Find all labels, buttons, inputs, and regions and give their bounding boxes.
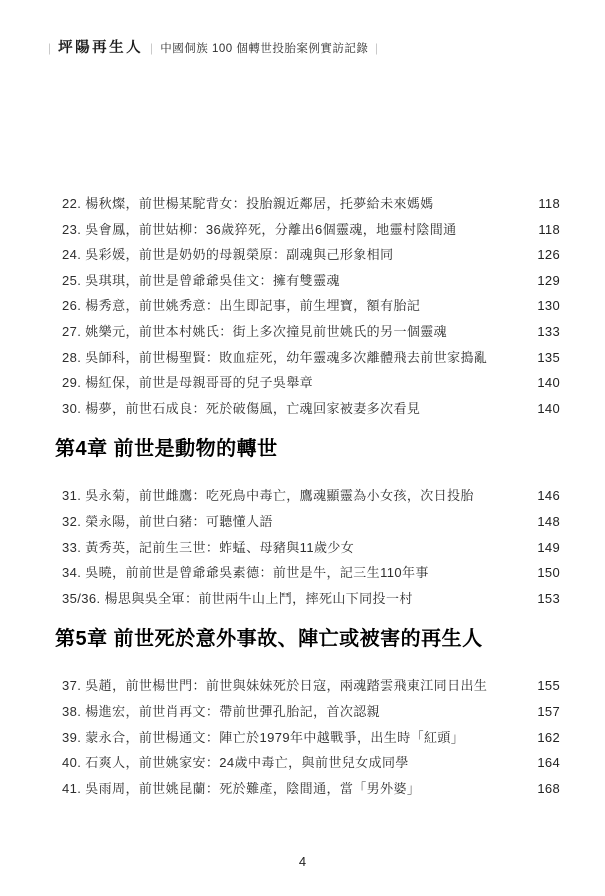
toc-entry-page: 148 xyxy=(537,509,560,535)
toc-entry: 25.吳琪琪，前世是曾爺爺吳佳文：擁有雙靈魂129 xyxy=(0,268,605,294)
toc-entry-title: 吳趙，前世楊世門：前世與妹妹死於日寇，兩魂踏雲飛東江同日出生 xyxy=(85,673,525,699)
toc-entry-page: 157 xyxy=(537,699,560,725)
running-head: | 坪陽再生人 | 中國侗族 100 個轉世投胎案例實訪記錄 | xyxy=(48,36,378,57)
toc-entry: 34.吳曉，前前世是曾爺爺吳素德：前世是牛，記三生110年事150 xyxy=(0,560,605,586)
toc-entry-title: 黃秀英，記前生三世：蚱蜢、母豬與11歲少女 xyxy=(85,535,525,561)
toc-entry-title: 吳彩媛，前世是奶奶的母親榮原：副魂與己形象相同 xyxy=(85,242,525,268)
toc-entry-title: 吳曉，前前世是曾爺爺吳素德：前世是牛，記三生110年事 xyxy=(85,560,525,586)
toc-entry-number: 35/36. xyxy=(62,586,101,612)
toc-entry: 22.楊秋燦，前世楊某駝背女：投胎親近鄰居，托夢給未來媽媽118 xyxy=(0,191,605,217)
toc-entry-page: 168 xyxy=(537,776,560,802)
toc-entry-number: 40. xyxy=(62,750,81,776)
toc-entry-number: 29. xyxy=(62,370,81,396)
toc-entry-page: 135 xyxy=(537,345,560,371)
toc-entry: 37.吳趙，前世楊世門：前世與妹妹死於日寇，兩魂踏雲飛東江同日出生155 xyxy=(0,673,605,699)
toc-entry: 32.榮永陽，前世白豬：可聽懂人語148 xyxy=(0,509,605,535)
toc-entry-number: 25. xyxy=(62,268,81,294)
toc-entry-number: 27. xyxy=(62,319,81,345)
toc-entry-page: 130 xyxy=(537,293,560,319)
toc-entry-page: 118 xyxy=(538,191,560,217)
toc-entry-page: 155 xyxy=(537,673,560,699)
toc-entry-number: 22. xyxy=(62,191,81,217)
book-title: 坪陽再生人 xyxy=(58,36,143,57)
toc-entry-title: 榮永陽，前世白豬：可聽懂人語 xyxy=(85,509,525,535)
toc-entry-page: 164 xyxy=(537,750,560,776)
toc-entry-title: 石爽人，前世姚家安：24歲中毒亡，與前世兒女成同學 xyxy=(85,750,525,776)
separator-bar: | xyxy=(49,41,51,55)
toc-entry-title: 楊秋燦，前世楊某駝背女：投胎親近鄰居，托夢給未來媽媽 xyxy=(85,191,526,217)
toc-entry-number: 28. xyxy=(62,345,81,371)
toc-entry: 26.楊秀意，前世姚秀意：出生即記事，前生埋寶，額有胎記130 xyxy=(0,293,605,319)
toc-entry-page: 140 xyxy=(537,396,560,422)
toc-entry-title: 楊紅保，前世是母親哥哥的兒子吳舉章 xyxy=(85,370,525,396)
separator-bar: | xyxy=(376,41,378,55)
toc-entry-title: 吳琪琪，前世是曾爺爺吳佳文：擁有雙靈魂 xyxy=(85,268,525,294)
toc-entry-page: 149 xyxy=(537,535,560,561)
toc-entry-number: 31. xyxy=(62,483,81,509)
toc-entry: 29.楊紅保，前世是母親哥哥的兒子吳舉章140 xyxy=(0,370,605,396)
toc-entry-number: 34. xyxy=(62,560,81,586)
toc-entry-number: 30. xyxy=(62,396,81,422)
toc-entry: 33.黃秀英，記前生三世：蚱蜢、母豬與11歲少女149 xyxy=(0,535,605,561)
toc-entry: 28.吳師科，前世楊聖賢：敗血症死，幼年靈魂多次離體飛去前世家搗亂135 xyxy=(0,345,605,371)
toc-entry-title: 吳會鳳，前世姑柳：36歲猝死，分離出6個靈魂，地靈村陰間通 xyxy=(85,217,526,243)
toc-entry-page: 146 xyxy=(537,483,560,509)
toc-entry-title: 蒙永合，前世楊通文：陣亡於1979年中越戰爭，出生時「紅頭」 xyxy=(85,725,525,751)
toc-entry-page: 118 xyxy=(538,217,560,243)
toc-entry-page: 150 xyxy=(537,560,560,586)
toc-entry: 31.吳永菊，前世雌鷹：吃死鳥中毒亡，鷹魂顯靈為小女孩，次日投胎146 xyxy=(0,483,605,509)
toc-entry-number: 33. xyxy=(62,535,81,561)
toc-entry: 40.石爽人，前世姚家安：24歲中毒亡，與前世兒女成同學164 xyxy=(0,750,605,776)
toc-entry: 39.蒙永合，前世楊通文：陣亡於1979年中越戰爭，出生時「紅頭」162 xyxy=(0,725,605,751)
toc-entry-title: 姚樂元，前世本村姚氏：街上多次撞見前世姚氏的另一個靈魂 xyxy=(85,319,525,345)
toc-entry-title: 楊秀意，前世姚秀意：出生即記事，前生埋寶，額有胎記 xyxy=(85,293,525,319)
toc-entry-number: 39. xyxy=(62,725,81,751)
toc-entry-number: 38. xyxy=(62,699,81,725)
toc-entry-number: 24. xyxy=(62,242,81,268)
toc-entry-title: 楊思與吳全軍：前世兩牛山上鬥，摔死山下同投一村 xyxy=(105,586,526,612)
toc-entry-page: 162 xyxy=(537,725,560,751)
toc-entry-page: 129 xyxy=(537,268,560,294)
page-number: 4 xyxy=(0,854,605,869)
toc-entry: 24.吳彩媛，前世是奶奶的母親榮原：副魂與己形象相同126 xyxy=(0,242,605,268)
toc-entry-title: 吳雨周，前世姚昆蘭：死於難產，陰間通，當「男外婆」 xyxy=(85,776,525,802)
toc-entry: 27.姚樂元，前世本村姚氏：街上多次撞見前世姚氏的另一個靈魂133 xyxy=(0,319,605,345)
toc-entry-page: 133 xyxy=(537,319,560,345)
toc-entry: 35/36.楊思與吳全軍：前世兩牛山上鬥，摔死山下同投一村153 xyxy=(0,586,605,612)
toc-entry-title: 吳永菊，前世雌鷹：吃死鳥中毒亡，鷹魂顯靈為小女孩，次日投胎 xyxy=(85,483,525,509)
toc-entry-number: 41. xyxy=(62,776,81,802)
table-of-contents: 22.楊秋燦，前世楊某駝背女：投胎親近鄰居，托夢給未來媽媽11823.吳會鳳，前… xyxy=(0,191,605,801)
separator-bar: | xyxy=(151,41,153,55)
book-subtitle: 中國侗族 100 個轉世投胎案例實訪記錄 xyxy=(160,40,368,56)
book-page: | 坪陽再生人 | 中國侗族 100 個轉世投胎案例實訪記錄 | 22.楊秋燦，… xyxy=(0,0,605,896)
toc-entry-title: 楊進宏，前世肖再文：帶前世彈孔胎記，首次認親 xyxy=(85,699,525,725)
toc-entry-number: 23. xyxy=(62,217,81,243)
toc-entry-number: 37. xyxy=(62,673,81,699)
toc-entry: 38.楊進宏，前世肖再文：帶前世彈孔胎記，首次認親157 xyxy=(0,699,605,725)
toc-entry-page: 140 xyxy=(537,370,560,396)
toc-entry-page: 126 xyxy=(537,242,560,268)
toc-entry: 23.吳會鳳，前世姑柳：36歲猝死，分離出6個靈魂，地靈村陰間通118 xyxy=(0,217,605,243)
toc-entry: 30.楊夢，前世石成良：死於破傷風，亡魂回家被妻多次看見140 xyxy=(0,396,605,422)
chapter-heading: 第4章 前世是動物的轉世 xyxy=(0,435,605,463)
toc-entry-number: 26. xyxy=(62,293,81,319)
toc-entry-title: 吳師科，前世楊聖賢：敗血症死，幼年靈魂多次離體飛去前世家搗亂 xyxy=(85,345,525,371)
toc-entry-title: 楊夢，前世石成良：死於破傷風，亡魂回家被妻多次看見 xyxy=(85,396,525,422)
toc-entry: 41.吳雨周，前世姚昆蘭：死於難產，陰間通，當「男外婆」168 xyxy=(0,776,605,802)
chapter-heading: 第5章 前世死於意外事故、陣亡或被害的再生人 xyxy=(0,625,605,653)
toc-entry-number: 32. xyxy=(62,509,81,535)
toc-entry-page: 153 xyxy=(537,586,560,612)
